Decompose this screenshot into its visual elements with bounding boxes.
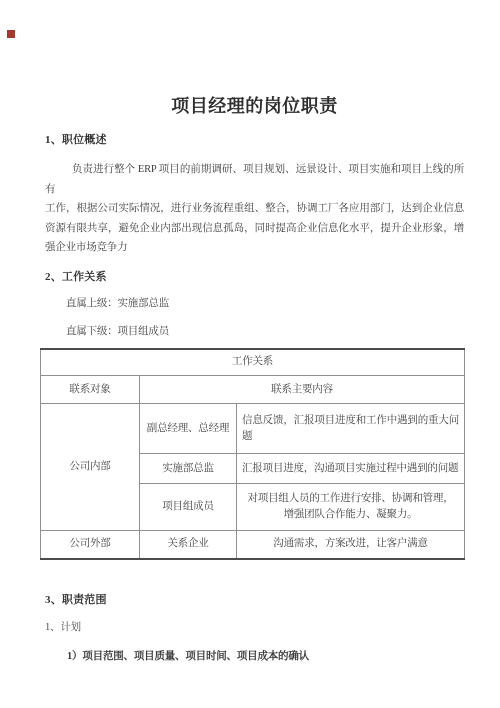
internal-label-cell: 公司内部 bbox=[41, 404, 140, 531]
section-heading-scope: 3、职责范围 bbox=[45, 592, 464, 608]
table-title-row: 工作关系 bbox=[41, 349, 465, 376]
work-relations-table: 工作关系 联系对象 联系主要内容 公司内部 副总经理、总经理 信息反馈，汇报项目… bbox=[40, 348, 465, 560]
overview-paragraph: 负责进行整个 ERP 项目的前期调研、项目规划、远景设计、项目实施和项目上线的所… bbox=[45, 160, 464, 258]
paragraph-line: 负责进行整个 ERP 项目的前期调研、项目规划、远景设计、项目实施和项目上线的所… bbox=[45, 160, 464, 199]
paragraph-line: 强企业市场竞争力 bbox=[45, 238, 464, 258]
contact-object-header-cell: 联系对象 bbox=[41, 376, 140, 404]
table-row: 公司内部 副总经理、总经理 信息反馈，汇报项目进度和工作中遇到的重大问 题 bbox=[41, 404, 465, 454]
external-label-cell: 公司外部 bbox=[41, 531, 140, 559]
content-line: 对项目组人员的工作进行安排、协调和管理， bbox=[242, 491, 459, 507]
content-line: 题 bbox=[242, 429, 459, 445]
paragraph-line: 工作，根据公司实际情况，进行业务流程重组、整合，协调工厂各应用部门，达到企业信息 bbox=[45, 199, 464, 219]
content-cell: 对项目组人员的工作进行安排、协调和管理， 增强团队合作能力、凝聚力。 bbox=[237, 484, 465, 531]
document-title: 项目经理的岗位职责 bbox=[45, 93, 464, 119]
document-page: 项目经理的岗位职责 1、职位概述 负责进行整个 ERP 项目的前期调研、项目规划… bbox=[0, 0, 500, 708]
contact-content-header-cell: 联系主要内容 bbox=[140, 376, 465, 404]
content-cell: 沟通需求，方案改进，让客户满意 bbox=[237, 531, 465, 559]
contact-cell: 副总经理、总经理 bbox=[140, 404, 237, 454]
document-content: 项目经理的岗位职责 1、职位概述 负责进行整个 ERP 项目的前期调研、项目规划… bbox=[0, 93, 500, 664]
subordinate-line: 直属下级：项目组成员 bbox=[45, 324, 464, 339]
section-heading-relations: 2、工作关系 bbox=[45, 269, 464, 285]
table-header-row: 联系对象 联系主要内容 bbox=[41, 376, 465, 404]
content-line: 增强团队合作能力、凝聚力。 bbox=[242, 507, 459, 523]
content-cell: 信息反馈，汇报项目进度和工作中遇到的重大问 题 bbox=[237, 404, 465, 454]
plan-item-1: 1）项目范围、项目质量、项目时间、项目成本的确认 bbox=[45, 649, 464, 664]
content-line: 信息反馈，汇报项目进度和工作中遇到的重大问 bbox=[242, 413, 459, 429]
section-heading-overview: 1、职位概述 bbox=[45, 132, 464, 148]
superior-line: 直属上级：实施部总监 bbox=[45, 296, 464, 311]
paragraph-line: 资源有限共享，避免企业内部出现信息孤岛，同时提高企业信息化水平，提升企业形象，增 bbox=[45, 219, 464, 239]
contact-cell: 项目组成员 bbox=[140, 484, 237, 531]
table-row: 公司外部 关系企业 沟通需求，方案改进，让客户满意 bbox=[41, 531, 465, 559]
content-cell: 汇报项目进度，沟通项目实施过程中遇到的问题 bbox=[237, 454, 465, 484]
contact-cell: 关系企业 bbox=[140, 531, 237, 559]
red-square-marker-icon bbox=[7, 30, 15, 38]
table-title-cell: 工作关系 bbox=[41, 349, 465, 376]
subsection-plan: 1、计划 bbox=[45, 620, 464, 635]
contact-cell: 实施部总监 bbox=[140, 454, 237, 484]
